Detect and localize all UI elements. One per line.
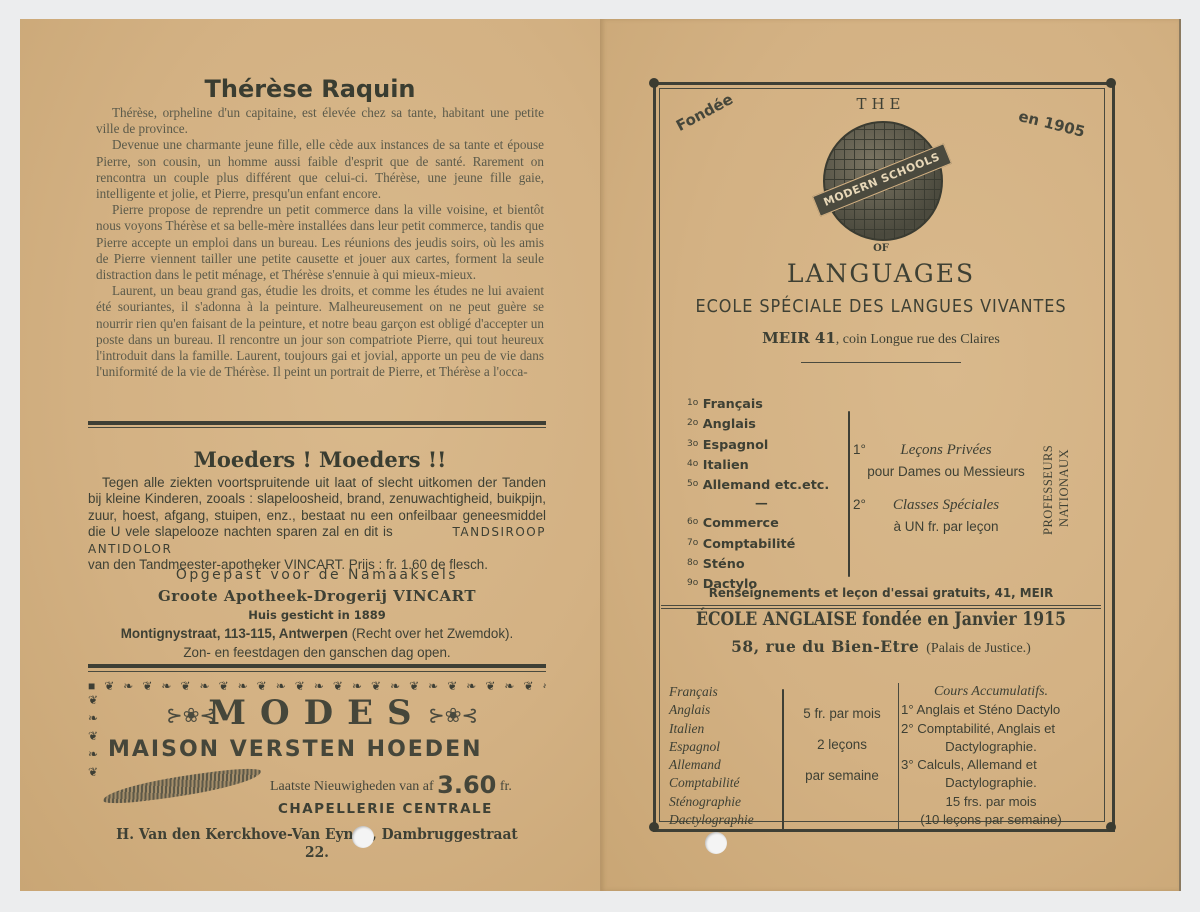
divider [661,605,1101,606]
list-item: Sténographie [669,793,754,811]
ecole-anglaise-address: 58, rue du Bien-Etre (Palais de Justice.… [601,637,1161,657]
list-item: 3o Espagnol [687,435,829,455]
modes-title: MODES [88,693,546,733]
list-item: 7o Comptabilité [687,534,829,554]
warning-line: Opgepast voor de Namaaksels [88,567,546,583]
list-item: Dactylographie [669,811,754,829]
corner-dot-icon [649,822,659,832]
maison-name: MAISON VERSTEN HOEDEN [108,737,483,762]
chapellerie: CHAPELLERIE CENTRALE [278,801,493,817]
left-page: Thérèse Raquin Thérèse, orpheline d'un c… [20,19,601,891]
paragraph: Pierre propose de reprendre un petit com… [96,202,544,283]
column-divider [898,683,899,829]
of-label: OF [601,243,1161,254]
ecole-anglaise-languages: Français Anglais Italien Espagnol Allema… [669,683,754,829]
moeders-text: Tegen alle ziekten voortspruitende uit l… [88,475,546,573]
corner-dot-icon [649,78,659,88]
punch-hole [705,832,727,854]
list-item: 1o Français [687,394,829,414]
list-item: 2o Anglais [687,414,829,434]
divider [88,427,546,428]
info-line: Renseignements et leçon d'essai gratuits… [615,585,1147,600]
lesson-option: 2°Classes Spéciales [853,494,1039,516]
school-address: MEIR 41, coin Longue rue des Claires [601,329,1161,348]
languages-title: LANGUAGES [601,259,1161,288]
shop-name: Groote Apotheek-Drogerij VINCART [88,587,546,605]
paragraph: Laurent, un beau grand gas, étudie les d… [96,283,544,380]
vine-border-icon: ■ ❦ ❧ ❦ ❧ ❦ ❧ ❦ ❧ ❦ ❧ ❦ ❧ ❦ ❧ ❦ ❧ ❦ ❧ ❦ … [88,679,546,693]
feather-icon [101,767,262,806]
subject-list: 1o Français 2o Anglais 3o Espagnol 4o It… [687,394,829,595]
lesson-options: 1°Leçons Privées pour Dames ou Messieurs… [853,439,1039,537]
corner-dot-icon [1106,822,1116,832]
lesson-option: 1°Leçons Privées [853,439,1039,461]
list-item: Allemand [669,756,754,774]
paragraph: Thérèse, orpheline d'un capitaine, est é… [96,105,544,137]
divider [88,671,546,672]
brace-icon [782,689,784,831]
list-item: 5o Allemand etc.etc. [687,475,829,495]
courses-title: Cours Accumulatifs. [901,683,1081,701]
divider [88,664,546,668]
founded-line: Huis gesticht in 1889 [88,608,546,622]
paragraph: Devenue une charmante jeune fille, elle … [96,137,544,202]
therese-raquin-title: Thérèse Raquin [90,75,530,103]
divider [88,421,546,425]
right-page: THE Fondée en 1905 MODERN SCHOOLS OF LAN… [601,19,1181,891]
school-subtitle: ECOLE SPÉCIALE DES LANGUES VIVANTES [623,297,1138,317]
list-item: Français [669,683,754,701]
list-item: Espagnol [669,738,754,756]
moeders-title: Moeders ! Moeders !! [90,447,550,472]
separator [801,362,961,363]
therese-raquin-text: Thérèse, orpheline d'un capitaine, est é… [96,105,544,380]
opening-hours: Zon- en feestdagen den ganschen dag open… [88,645,546,660]
list-item: Anglais [669,701,754,719]
news-line: Laatste Nieuwigheden van af 3.60 fr. [270,771,512,799]
cours-accumulatifs: Cours Accumulatifs. 1° Anglais et Sténo … [901,683,1081,829]
list-divider: — [687,495,829,513]
list-item: 4o Italien [687,455,829,475]
price: 3.60 [437,771,496,799]
list-item: Italien [669,720,754,738]
ecole-anglaise-pricing: 5 fr. par mois 2 leçons par semaine [789,706,895,799]
the-label: THE [601,95,1161,113]
corner-dot-icon [1106,78,1116,88]
list-item: 6o Commerce [687,513,829,533]
ecole-anglaise-title: ÉCOLE ANGLAISE fondée en Janvier 1915 [643,609,1119,630]
list-item: Comptabilité [669,774,754,792]
shop-address: Montignystraat, 113-115, Antwerpen (Rech… [88,626,546,641]
professeurs-nationaux: PROFESSEURS NATIONAUX [1041,431,1075,535]
modes-advertisement: ■ ❦ ❧ ❦ ❧ ❦ ❧ ❦ ❧ ❦ ❧ ❦ ❧ ❦ ❧ ❦ ❧ ❦ ❧ ❦ … [88,679,546,801]
brace-icon [848,411,850,577]
owner-address: H. Van den Kerckhove-Van Eynde, Dambrugg… [106,825,527,861]
list-item: 8o Sténo [687,554,829,574]
punch-hole [352,826,374,848]
